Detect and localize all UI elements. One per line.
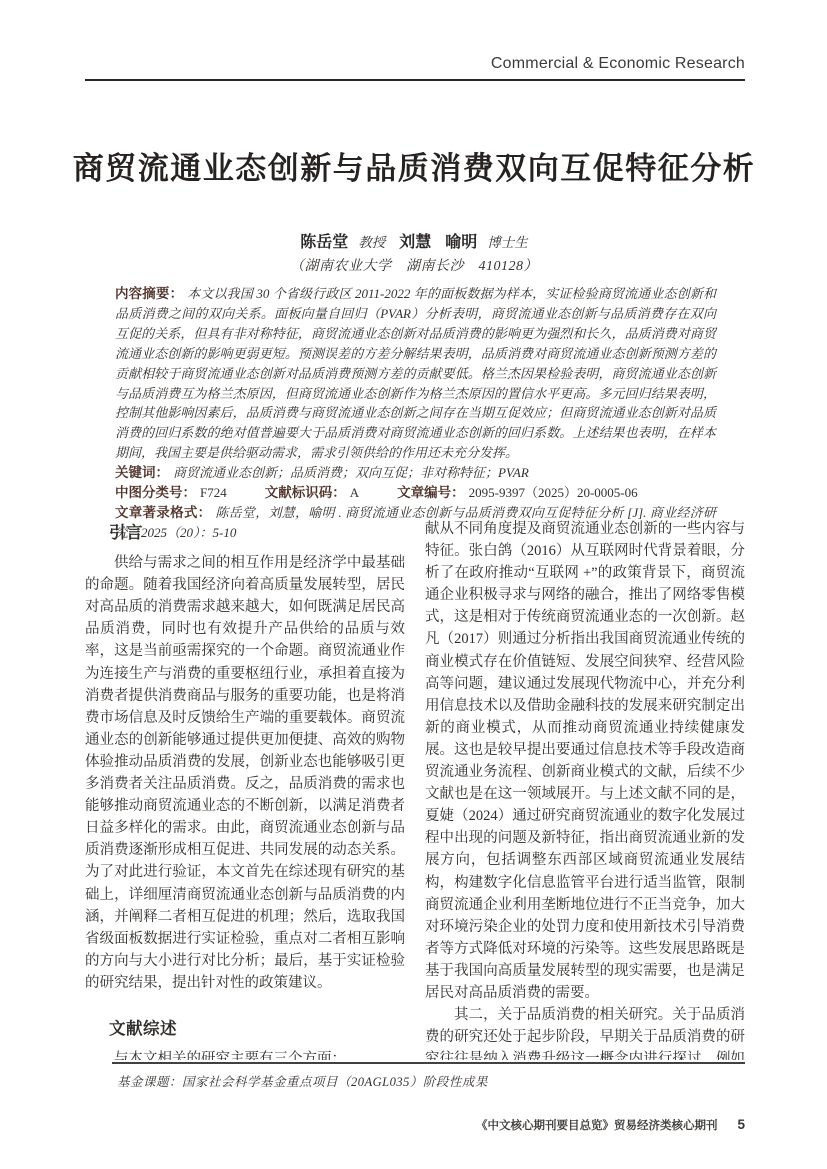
clc-number: 中图分类号：F724 [115, 483, 227, 503]
paragraph: 献从不同角度提及商贸流通业态创新的一些内容与特征。张白鸽（2016）从互联网时代… [425, 518, 745, 1004]
abstract-label: 内容摘要： [115, 286, 187, 301]
keywords-label: 关键词： [115, 465, 173, 480]
journal-core-note: 《中文核心期刊要目总览》贸易经济类核心期刊 [476, 1120, 718, 1132]
running-head: Commercial & Economic Research [85, 55, 745, 73]
paragraph: 供给与需求之间的相互作用是经济学中最基础的命题。随着我国经济向着高质量发展转型，… [85, 552, 405, 994]
journal-name-english: Commercial & Economic Research [491, 55, 745, 72]
front-matter: 内容摘要：本文以我国 30 个省级行政区 2011-2022 年的面板数据为样本… [115, 284, 716, 543]
author-role: 教授 [358, 235, 385, 250]
article-number: 文章编号：2095-9397（2025）20-0005-06 [397, 483, 638, 503]
author-name: 喻明 [445, 234, 477, 251]
fund-note-text: 国家社会科学基金重点项目（20AGL035）阶段性成果 [182, 1075, 488, 1089]
header-rule [85, 79, 745, 81]
section-heading-introduction: 引言 [85, 522, 405, 544]
abstract: 内容摘要：本文以我国 30 个省级行政区 2011-2022 年的面板数据为样本… [115, 284, 716, 463]
fund-note-label: 基金课题： [117, 1075, 182, 1089]
article-title: 商贸流通业态创新与品质消费双向互促特征分析 [64, 143, 764, 188]
keywords-text: 商贸流通业态创新；品质消费；双向互促；非对称特征；PVAR [173, 465, 529, 480]
section-heading-literature: 文献综述 [85, 1018, 405, 1040]
meta-line: 中图分类号：F724 文献标识码：A 文章编号：2095-9397（2025）2… [115, 483, 716, 503]
author-name: 陈岳堂 [300, 234, 348, 251]
document-code: 文献标识码：A [265, 483, 359, 503]
abstract-text: 本文以我国 30 个省级行政区 2011-2022 年的面板数据为样本，实证检验… [115, 286, 716, 460]
fund-note: 基金课题：国家社会科学基金重点项目（20AGL035）阶段性成果 [117, 1072, 745, 1090]
footnote-rule [112, 1062, 745, 1064]
affiliation: （湖南农业大学 湖南长沙 410128） [64, 255, 764, 275]
author-name: 刘慧 [399, 234, 431, 251]
authors-line: 陈岳堂教授 刘慧 喻明博士生 [64, 229, 764, 252]
body-columns: 引言 供给与需求之间的相互作用是经济学中最基础的命题。随着我国经济向着高质量发展… [85, 518, 745, 1060]
keywords: 关键词：商贸流通业态创新；品质消费；双向互促；非对称特征；PVAR [115, 463, 716, 483]
right-column: 献从不同角度提及商贸流通业态创新的一些内容与特征。张白鸽（2016）从互联网时代… [425, 518, 745, 1060]
paragraph: 与本文相关的研究主要有三个方面： [85, 1048, 405, 1060]
page-number: 5 [737, 1117, 745, 1132]
paragraph: 其二，关于品质消费的相关研究。关于品质消费的研究还处于起步阶段，早期关于品质消费… [425, 1004, 745, 1060]
left-column: 引言 供给与需求之间的相互作用是经济学中最基础的命题。随着我国经济向着高质量发展… [85, 518, 405, 1060]
journal-article-page: Commercial & Economic Research 商贸流通业态创新与… [0, 0, 827, 1169]
author-role: 博士生 [487, 235, 528, 250]
page-footer: 《中文核心期刊要目总览》贸易经济类核心期刊5 [85, 1117, 745, 1133]
